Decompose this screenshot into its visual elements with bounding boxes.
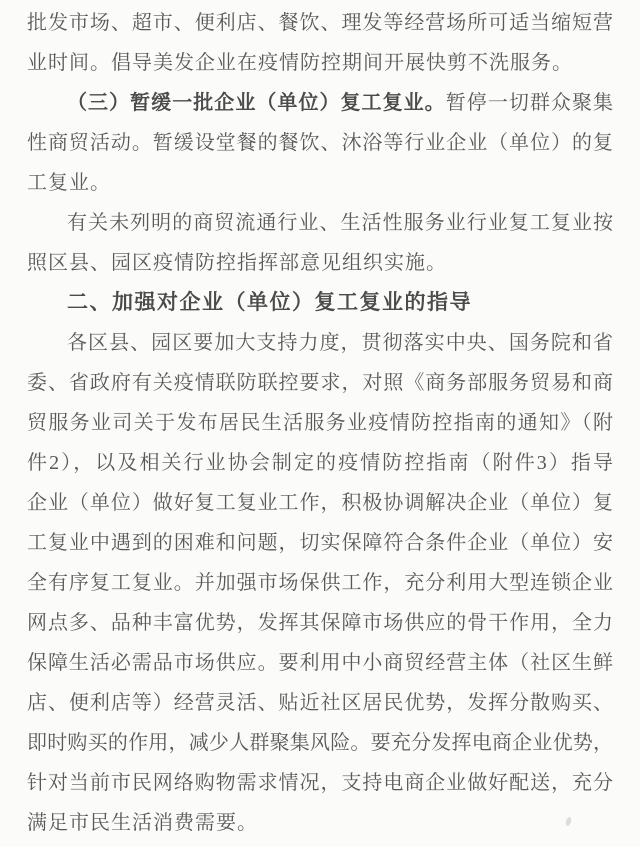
text-line: 有关未列明的商贸流通行业、生活性服务业行业复工复业按 <box>27 203 613 243</box>
text-segment: 件2），以及相关行业协会制定的疫情防控指南（附件3）指导 <box>27 452 613 474</box>
text-line: 满足市民生活消费需要。 <box>27 803 613 843</box>
text-segment: 针对当前市民网络购物需求情况，支持电商企业做好配送，充分 <box>27 772 613 794</box>
text-line: 委、省政府有关疫情联防联控要求，对照《商务部服务贸易和商 <box>27 363 613 403</box>
text-line: （三）暂缓一批企业（单位）复工复业。暂停一切群众聚集 <box>27 83 613 123</box>
text-line: 件2），以及相关行业协会制定的疫情防控指南（附件3）指导 <box>27 443 613 483</box>
text-line: 业时间。倡导美发企业在疫情防控期间开展快剪不洗服务。 <box>27 43 613 83</box>
text-line: 工复业中遇到的困难和问题，切实保障符合条件企业（单位）安 <box>27 523 613 563</box>
text-segment: 保障生活必需品市场供应。要利用中小商贸经营主体（社区生鲜 <box>27 652 613 674</box>
text-line: 工复业。 <box>27 163 613 203</box>
text-segment: 委、省政府有关疫情联防联控要求，对照《商务部服务贸易和商 <box>27 372 613 394</box>
text-line: 性商贸活动。暂缓设堂餐的餐饮、沐浴等行业企业（单位）的复 <box>27 123 613 163</box>
text-segment: 全有序复工复业。并加强市场保供工作，充分利用大型连锁企业 <box>27 572 613 594</box>
text-segment: 性商贸活动。暂缓设堂餐的餐饮、沐浴等行业企业（单位）的复 <box>27 132 613 154</box>
document-text: 批发市场、超市、便利店、餐饮、理发等经营场所可适当缩短营业时间。倡导美发企业在疫… <box>27 3 613 843</box>
text-segment: 店、便利店等）经营灵活、贴近社区居民优势，发挥分散购买、 <box>27 692 613 714</box>
text-segment: 即时购买的作用，减少人群聚集风险。要充分发挥电商企业优势， <box>27 732 613 754</box>
text-segment: 贸服务业司关于发布居民生活服务业疫情防控指南的通知》（附 <box>27 412 613 434</box>
document-page: 批发市场、超市、便利店、餐饮、理发等经营场所可适当缩短营业时间。倡导美发企业在疫… <box>0 0 640 847</box>
text-line: 企业（单位）做好复工复业工作，积极协调解决企业（单位）复 <box>27 483 613 523</box>
text-segment: 二、加强对企业（单位）复工复业的指导 <box>67 291 472 314</box>
text-segment: 企业（单位）做好复工复业工作，积极协调解决企业（单位）复 <box>27 492 613 514</box>
text-line: 贸服务业司关于发布居民生活服务业疫情防控指南的通知》（附 <box>27 403 613 443</box>
text-line: 店、便利店等）经营灵活、贴近社区居民优势，发挥分散购买、 <box>27 683 613 723</box>
text-segment: 工复业中遇到的困难和问题，切实保障符合条件企业（单位）安 <box>27 532 613 554</box>
text-segment: 满足市民生活消费需要。 <box>27 812 258 834</box>
text-segment: 有关未列明的商贸流通行业、生活性服务业行业复工复业按 <box>67 212 613 234</box>
text-line: 网点多、品种丰富优势，发挥其保障市场供应的骨干作用，全力 <box>27 603 613 643</box>
text-line: 各区县、园区要加大支持力度，贯彻落实中央、国务院和省 <box>27 323 613 363</box>
text-segment: 工复业。 <box>27 172 111 194</box>
text-line: 照区县、园区疫情防控指挥部意见组织实施。 <box>27 243 613 283</box>
text-segment: （三）暂缓一批企业（单位）复工复业。 <box>67 92 446 114</box>
text-segment: 网点多、品种丰富优势，发挥其保障市场供应的骨干作用，全力 <box>27 612 613 634</box>
text-segment: 照区县、园区疫情防控指挥部意见组织实施。 <box>27 252 447 274</box>
text-segment: 各区县、园区要加大支持力度，贯彻落实中央、国务院和省 <box>67 332 613 354</box>
text-line: 批发市场、超市、便利店、餐饮、理发等经营场所可适当缩短营 <box>27 3 613 43</box>
text-line: 保障生活必需品市场供应。要利用中小商贸经营主体（社区生鲜 <box>27 643 613 683</box>
text-segment: 批发市场、超市、便利店、餐饮、理发等经营场所可适当缩短营 <box>27 12 613 34</box>
text-line: 针对当前市民网络购物需求情况，支持电商企业做好配送，充分 <box>27 763 613 803</box>
text-line: 即时购买的作用，减少人群聚集风险。要充分发挥电商企业优势， <box>27 723 613 763</box>
text-segment: 暂停一切群众聚集 <box>446 92 613 114</box>
section-heading: 二、加强对企业（单位）复工复业的指导 <box>27 283 613 323</box>
text-segment: 业时间。倡导美发企业在疫情防控期间开展快剪不洗服务。 <box>27 52 573 74</box>
text-line: 全有序复工复业。并加强市场保供工作，充分利用大型连锁企业 <box>27 563 613 603</box>
